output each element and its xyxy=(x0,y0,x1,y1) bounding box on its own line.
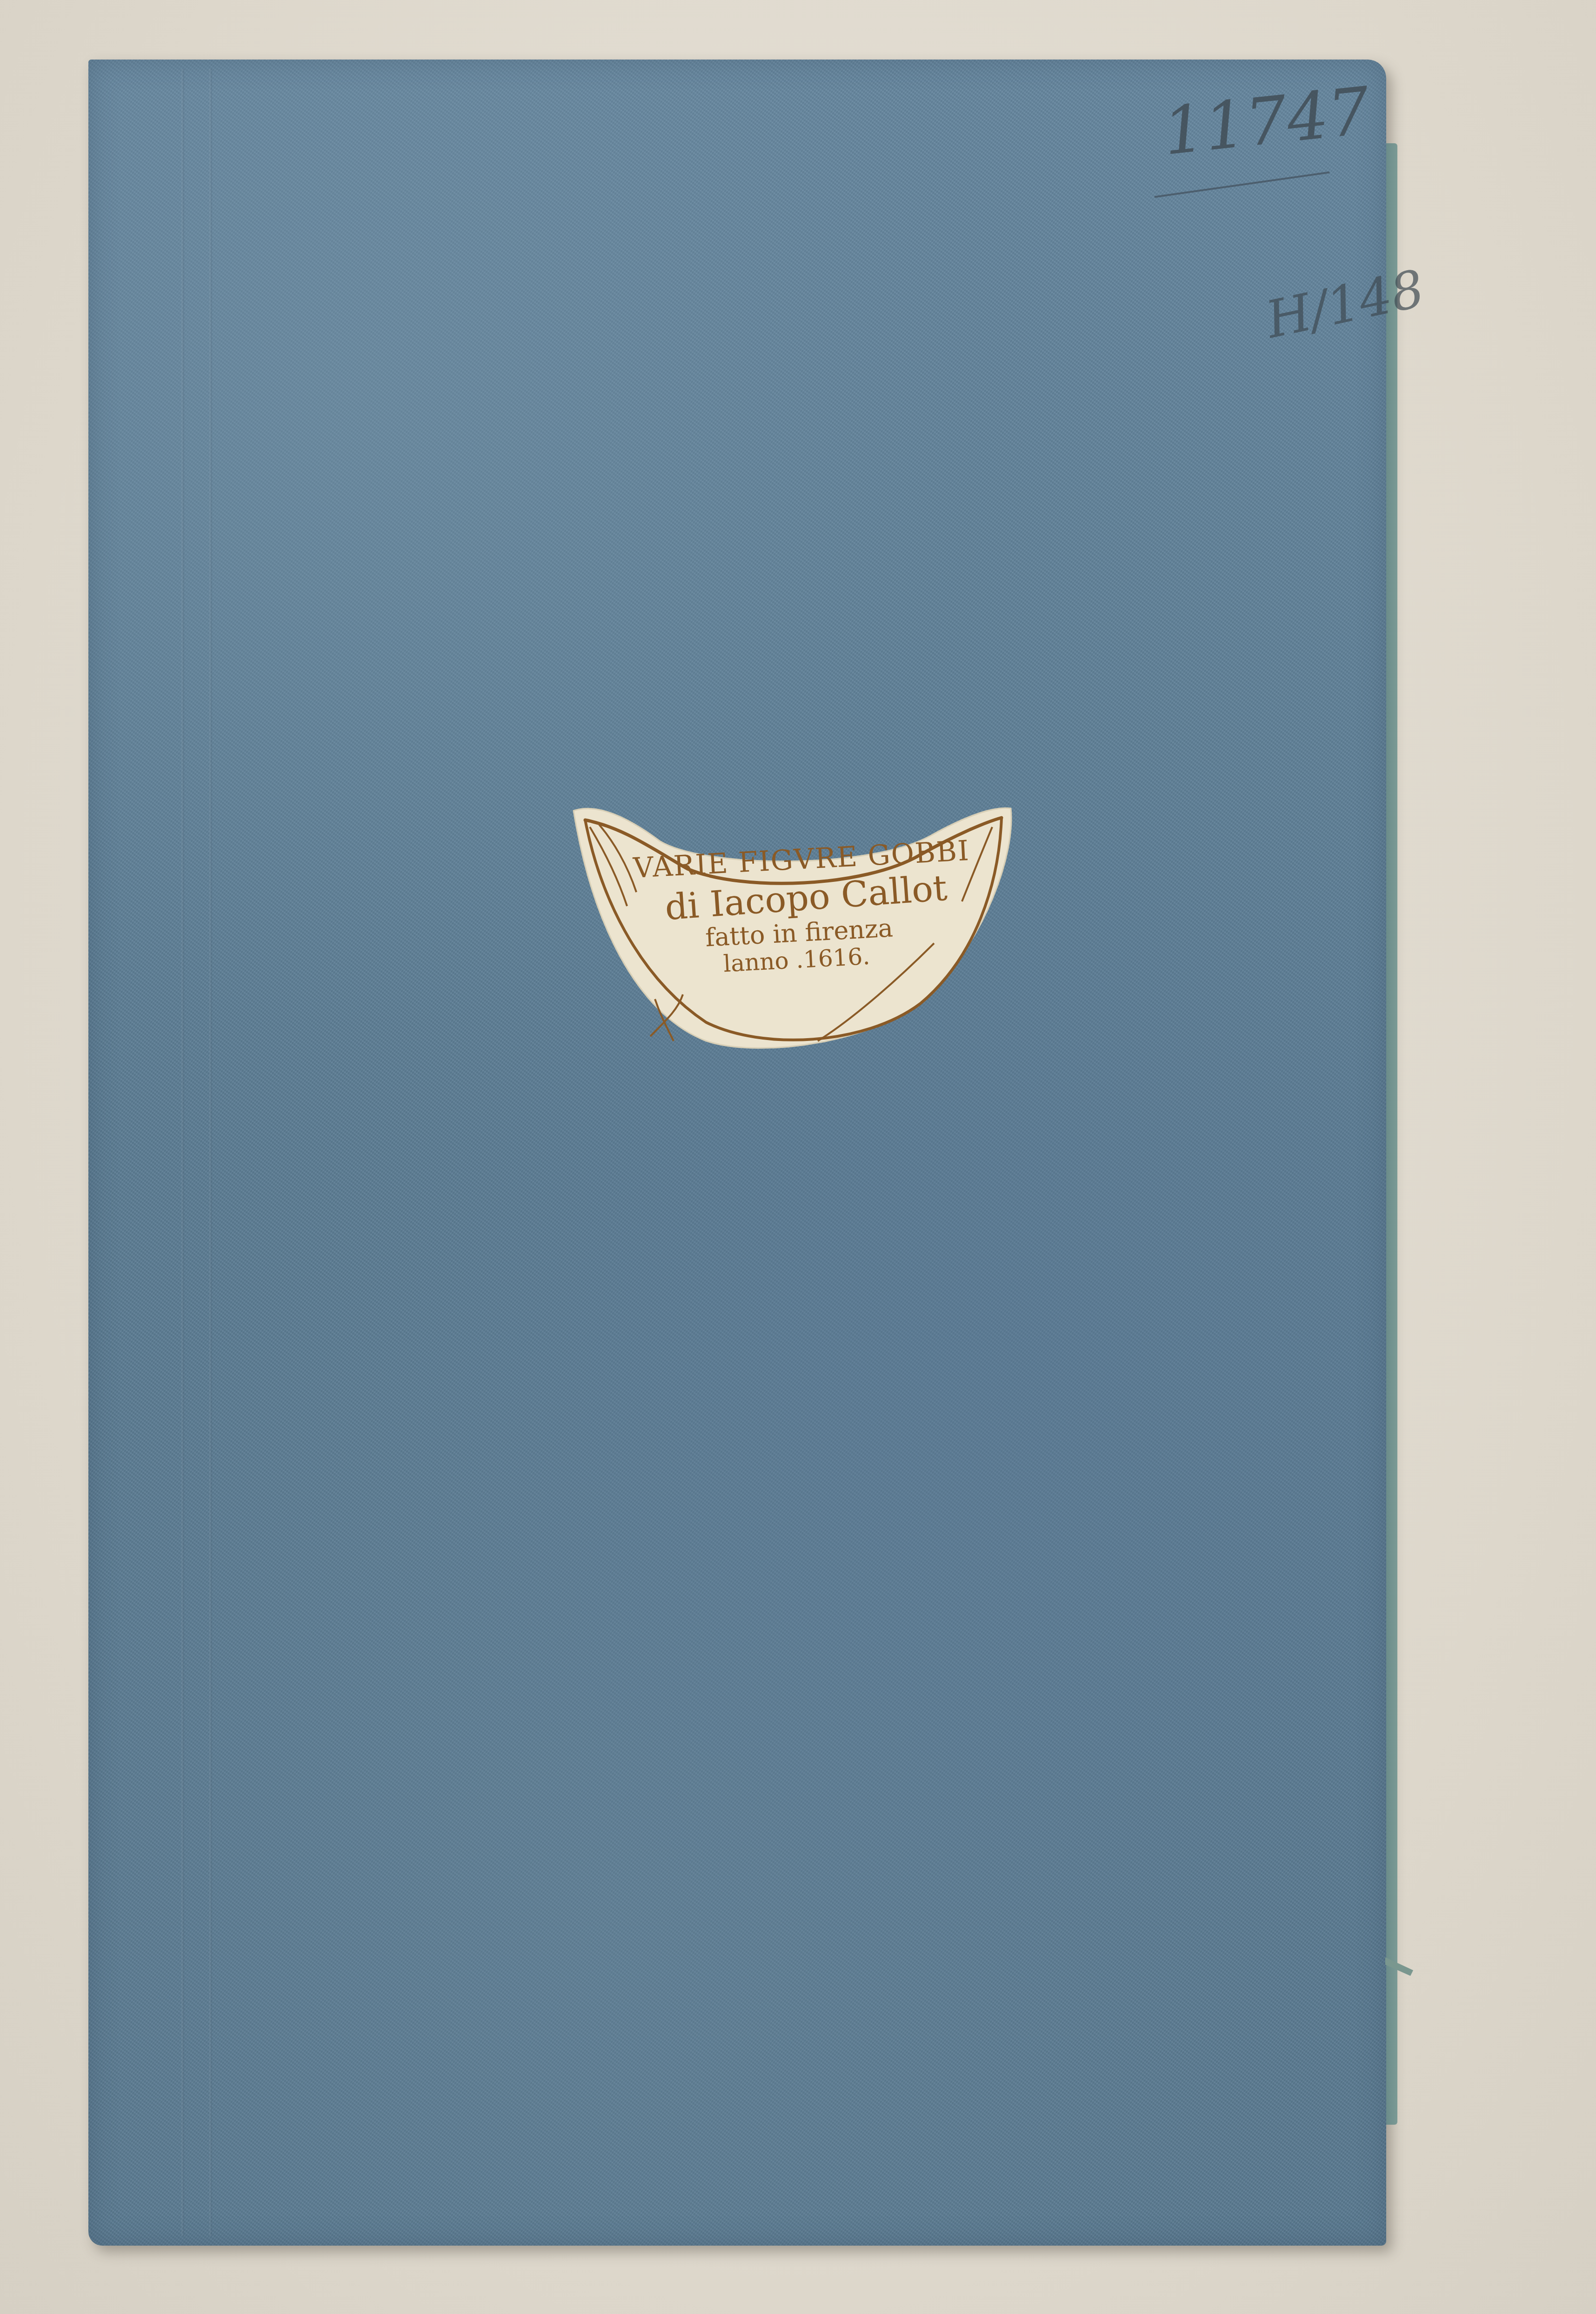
spine-fold-secondary xyxy=(209,69,212,2236)
spine-fold xyxy=(181,69,184,2236)
title-label: VARIE FIGVRE GOBBI di Iacopo Callot fatt… xyxy=(567,799,1018,1060)
label-inscription: VARIE FIGVRE GOBBI di Iacopo Callot fatt… xyxy=(567,799,1018,1060)
book-cover xyxy=(88,60,1386,2246)
page-edges xyxy=(1386,143,1397,2125)
